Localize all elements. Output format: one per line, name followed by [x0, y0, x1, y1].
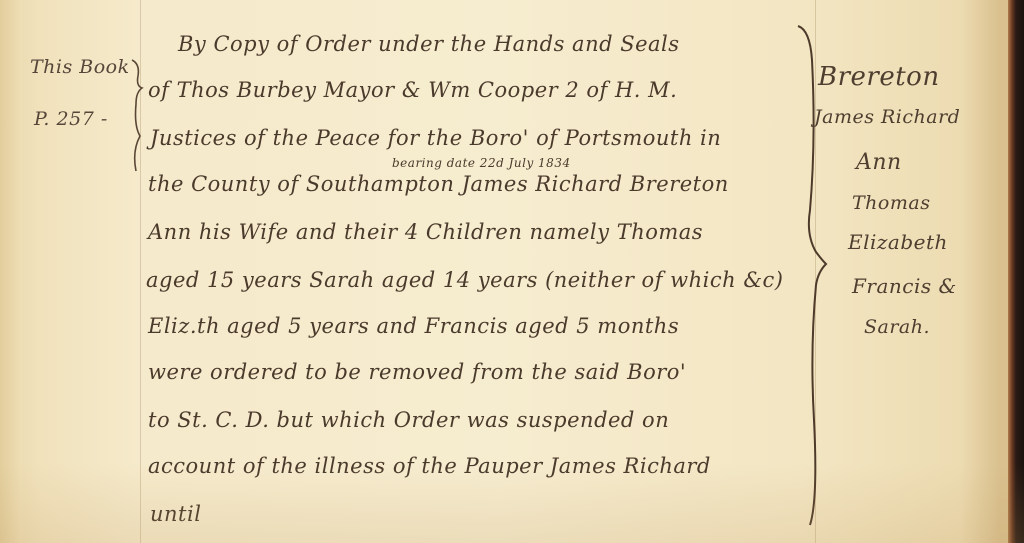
name-elizabeth: Elizabeth — [848, 230, 948, 254]
body-line-1: By Copy of Order under the Hands and Sea… — [178, 32, 680, 56]
margin-note-book: This Book — [30, 56, 130, 78]
body-line-9: to St. C. D. but which Order was suspend… — [148, 408, 669, 432]
book-edge — [1008, 0, 1024, 543]
surname-heading: Brereton — [818, 62, 940, 92]
body-line-10: account of the illness of the Pauper Jam… — [148, 454, 711, 478]
body-line-8: were ordered to be removed from the said… — [148, 360, 686, 384]
body-line-2: of Thos Burbey Mayor & Wm Cooper 2 of H.… — [148, 78, 677, 102]
name-james-richard: James Richard — [814, 106, 960, 128]
name-sarah: Sarah. — [864, 316, 930, 338]
body-line-5: Ann his Wife and their 4 Children namely… — [148, 220, 703, 244]
name-ann: Ann — [856, 150, 902, 175]
margin-note-page: P. 257 - — [34, 108, 108, 130]
body-line-4: the County of Southampton James Richard … — [148, 172, 729, 196]
large-brace-icon — [790, 20, 830, 530]
name-thomas: Thomas — [852, 192, 930, 214]
page-gutter — [0, 0, 22, 543]
ledger-page: This Book P. 257 - By Copy of Order unde… — [0, 0, 1024, 543]
name-francis: Francis & — [852, 274, 957, 298]
body-line-7: Eliz.th aged 5 years and Francis aged 5 … — [148, 314, 679, 338]
interlinear-date: bearing date 22d July 1834 — [392, 156, 571, 170]
body-line-6: aged 15 years Sarah aged 14 years (neith… — [146, 268, 783, 292]
body-line-11: until — [150, 502, 201, 526]
body-line-3: Justices of the Peace for the Boro' of P… — [150, 126, 721, 150]
margin-brace-icon — [128, 56, 158, 176]
